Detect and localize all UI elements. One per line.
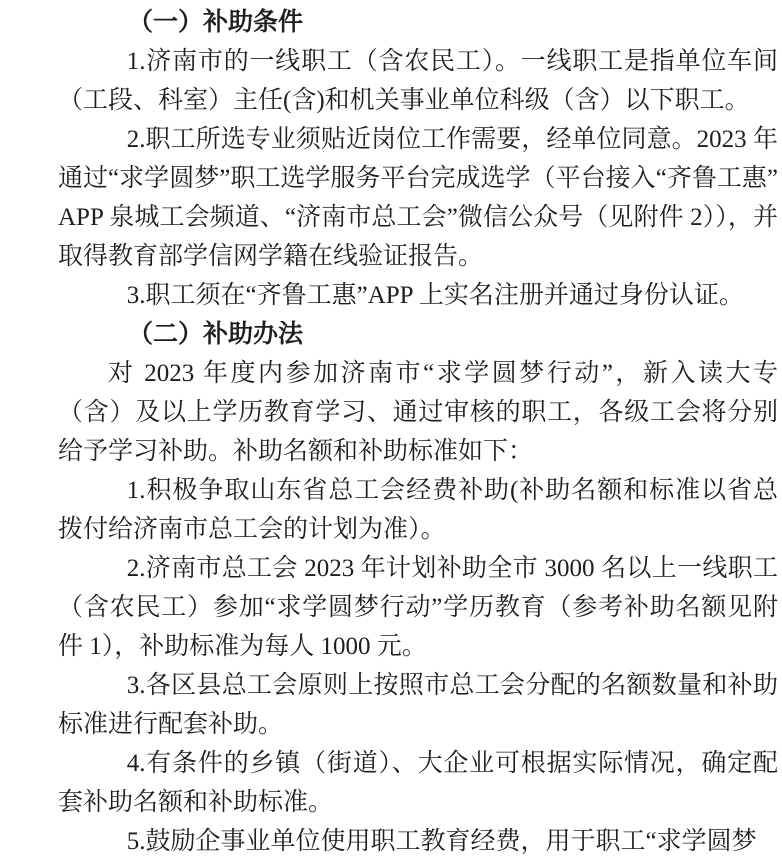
paragraph-method-4: 4.有条件的乡镇（街道）、大企业可根据实际情况，确定配套补助名额和补助标准。: [58, 744, 778, 822]
paragraph-method-1: 1.积极争取山东省总工会经费补助(补助名额和标准以省总拨付给济南市总工会的计划为…: [58, 471, 778, 549]
paragraph-condition-2: 2.职工所选专业须贴近岗位工作需要，经单位同意。2023 年通过“求学圆梦”职工…: [58, 120, 778, 276]
paragraph-condition-1: 1.济南市的一线职工（含农民工）。一线职工是指单位车间（工段、科室）主任(含)和…: [58, 42, 778, 120]
paragraph-method-2: 2.济南市总工会 2023 年计划补助全市 3000 名以上一线职工（含农民工）…: [58, 549, 778, 666]
document-page: （一）补助条件 1.济南市的一线职工（含农民工）。一线职工是指单位车间（工段、科…: [0, 0, 782, 864]
heading-subsidy-method: （二）补助办法: [58, 315, 778, 354]
paragraph-method-3: 3.各区县总工会原则上按照市总工会分配的名额数量和补助标准进行配套补助。: [58, 666, 778, 744]
paragraph-method-5: 5.鼓励企事业单位使用职工教育经费，用于职工“求学圆梦: [58, 822, 778, 861]
heading-subsidy-conditions: （一）补助条件: [58, 3, 778, 42]
paragraph-condition-3: 3.职工须在“齐鲁工惠”APP 上实名注册并通过身份认证。: [58, 276, 778, 315]
document-body-text: （一）补助条件 1.济南市的一线职工（含农民工）。一线职工是指单位车间（工段、科…: [58, 3, 778, 861]
paragraph-method-intro: 对 2023 年度内参加济南市“求学圆梦行动”，新入读大专（含）及以上学历教育学…: [58, 354, 778, 471]
